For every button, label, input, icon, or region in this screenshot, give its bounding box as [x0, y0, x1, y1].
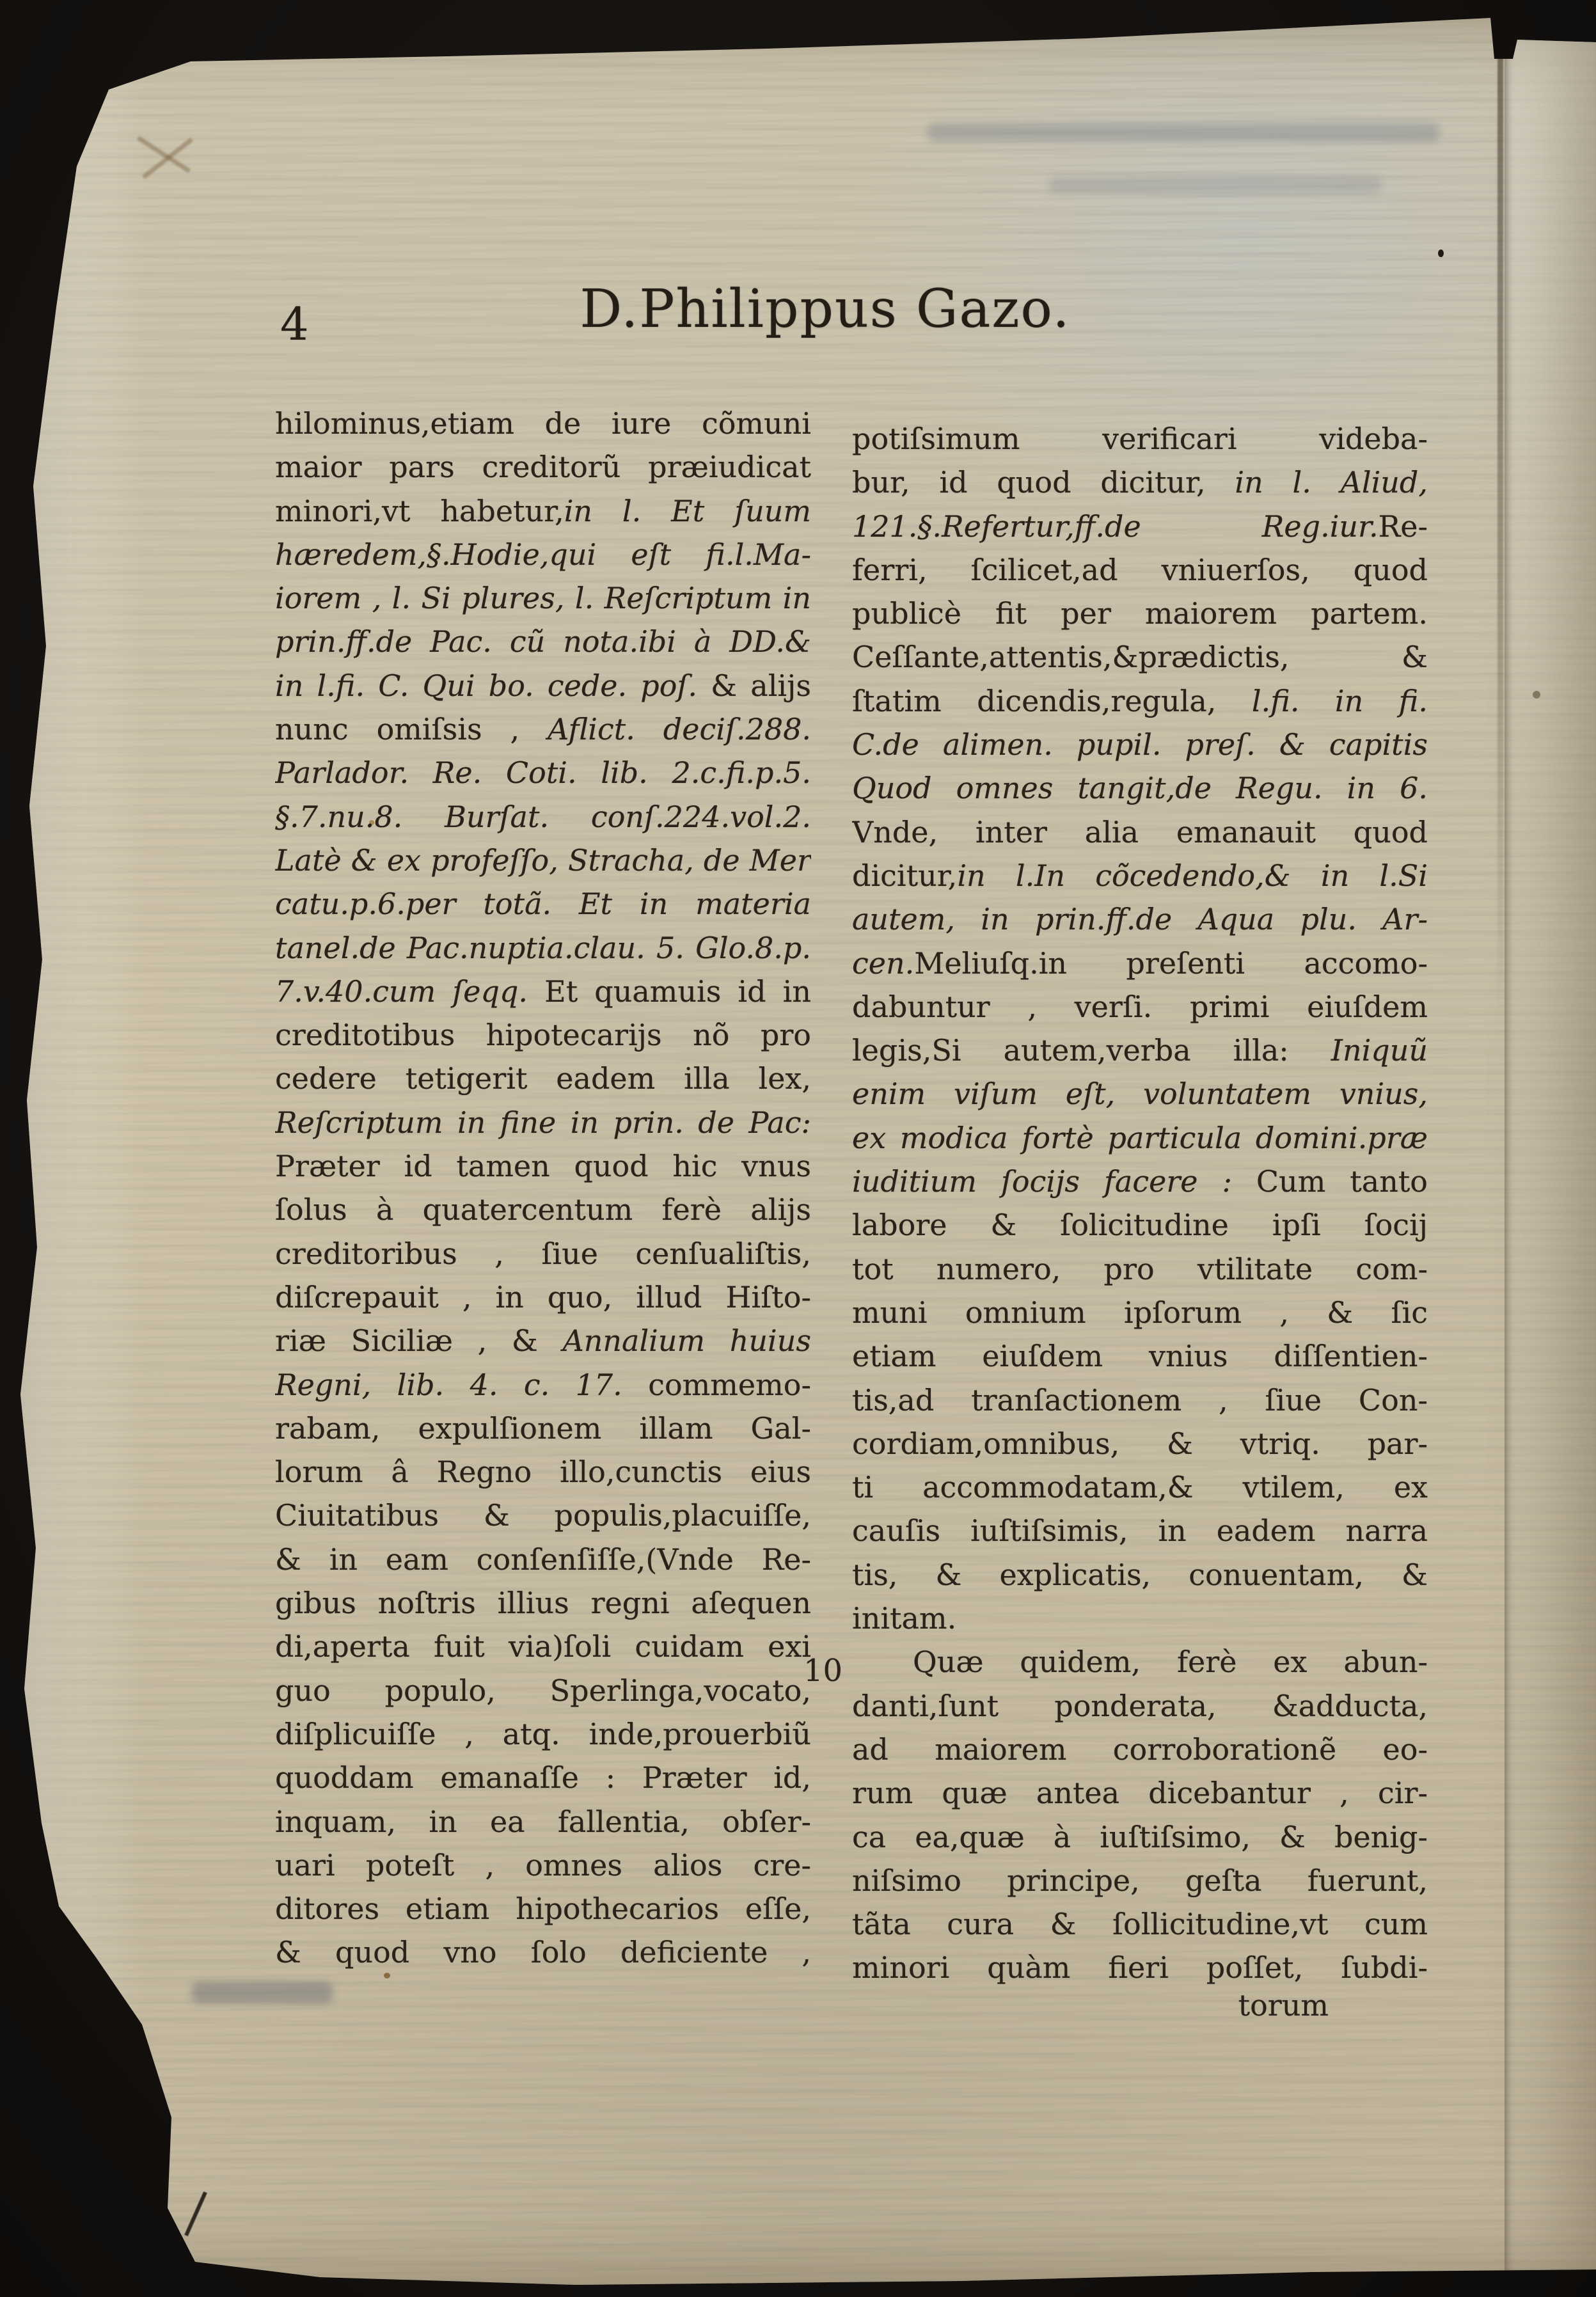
- body-text: rum quæ antea dicebantur , cir-: [852, 1776, 1428, 1810]
- text-line: initam.: [852, 1597, 1428, 1640]
- body-text: riæ Siciliæ , &: [275, 1323, 563, 1358]
- text-line: creditotibus hipotecarijs nõ pro: [275, 1013, 811, 1057]
- text-line: maior pars creditorũ præiudicat: [275, 445, 811, 489]
- citation-text: enim viſum eſt, voluntatem vnius,: [852, 1077, 1428, 1111]
- ink-scribble: [142, 138, 193, 179]
- body-text: creditotibus hipotecarijs nõ pro: [275, 1018, 811, 1052]
- citation-text: 121.§.Refertur,ff.de Reg.iur.: [852, 509, 1379, 544]
- text-line: iorem , l. Si plures, l. Reſcriptum in: [275, 576, 811, 620]
- citation-text: C.de alimen. pupil. preſ. & capitis: [852, 727, 1428, 762]
- text-line: Regni, lib. 4. c. 17. commemo-: [275, 1363, 811, 1407]
- body-text: Meliuſq.in preſenti accomo-: [914, 946, 1428, 981]
- text-line: & in eam conſenſiſſe,(Vnde Re-: [275, 1538, 811, 1581]
- body-text: Quæ quidem, ferè ex abun-: [913, 1645, 1428, 1679]
- text-line: ti accommodatam,& vtilem, ex: [852, 1465, 1428, 1509]
- body-text: tis,ad tranſactionem , ſiue Con-: [852, 1383, 1428, 1417]
- citation-text: iuditium ſocijs facere :: [852, 1164, 1256, 1199]
- scan-background: 4 D.Philippus Gazo. hilominus,etiam de i…: [0, 0, 1596, 2297]
- body-text: Præter id tamen quod hic vnus: [275, 1149, 811, 1183]
- text-line: tis, & explicatis, conuentam, &: [852, 1553, 1428, 1597]
- text-line: Præter id tamen quod hic vnus: [275, 1144, 811, 1188]
- citation-text: Iniquũ: [1331, 1033, 1428, 1068]
- text-line: ditores etiam hipothecarios eſſe,: [275, 1887, 811, 1930]
- text-line: & quod vno ſolo deficiente ,: [275, 1930, 811, 1974]
- citation-text: in l.fi. C. Qui bo. cede. poſ.: [275, 668, 697, 703]
- text-line: lorum â Regno illo,cunctis eius: [275, 1450, 811, 1494]
- citation-text: l.fi. in fi.: [1252, 684, 1428, 718]
- body-text: Et quamuis id in: [528, 974, 811, 1009]
- citation-text: autem, in prin.ff.de Aqua plu. Ar-: [852, 902, 1428, 936]
- text-line: Latè & ex profeſſo, Stracha, de Mer: [275, 839, 811, 882]
- text-line: hilominus,etiam de iure cõmuni: [275, 402, 811, 445]
- citation-text: 7.v.40.cum ſeqq.: [275, 974, 528, 1009]
- text-line: autem, in prin.ff.de Aqua plu. Ar-: [852, 897, 1428, 941]
- body-text: ſolus à quatercentum ferè alijs: [275, 1192, 811, 1227]
- ink-speck: [1533, 691, 1540, 699]
- text-line: labore & ſolicitudine ipſi ſocij: [852, 1203, 1428, 1247]
- text-line: ferri, ſcilicet,ad vniuerſos, quod: [852, 548, 1428, 592]
- text-line: cedere tetigerit eadem illa lex,: [275, 1057, 811, 1100]
- body-text: commemo-: [622, 1368, 811, 1402]
- ink-scribble: [137, 136, 191, 173]
- text-line: Parlador. Re. Coti. lib. 2.c.fi.p.5.: [275, 751, 811, 794]
- text-line: §.7.nu.8. Burſat. conſ.224.vol.2.: [275, 795, 811, 839]
- body-text: & in eam conſenſiſſe,(Vnde Re-: [275, 1542, 811, 1577]
- text-line: legis,Si autem,verba illa: Iniquũ: [852, 1029, 1428, 1072]
- body-text: Ciuitatibus & populis,placuiſſe,: [275, 1498, 811, 1533]
- text-line: tãta cura & ſollicitudine,vt cum: [852, 1902, 1428, 1946]
- body-text: potiſsimum verificari videba-: [852, 422, 1428, 456]
- text-line: ad maiorem corroborationẽ eo-: [852, 1728, 1428, 1771]
- body-text: & quod vno ſolo deficiente ,: [275, 1935, 811, 1969]
- body-text: tis, & explicatis, conuentam, &: [852, 1558, 1428, 1592]
- body-text: creditoribus , ſiue cenſualiſtis,: [275, 1236, 811, 1271]
- text-line: rum quæ antea dicebantur , cir-: [852, 1771, 1428, 1815]
- text-line: dicitur,in l.In cõcedendo,& in l.Si: [852, 854, 1428, 897]
- body-text: dabuntur , verſi. primi eiuſdem: [852, 990, 1428, 1024]
- citation-text: hæredem,§.Hodie,qui eſt fi.l.Ma-: [275, 537, 811, 572]
- text-line: tis,ad tranſactionem , ſiue Con-: [852, 1378, 1428, 1422]
- text-line: diſcrepauit , in quo, illud Hiſto-: [275, 1275, 811, 1319]
- citation-text: catu.p.6.per totã. Et in materia Fon-: [275, 887, 811, 926]
- text-line: catu.p.6.per totã. Et in materia Fon-: [275, 882, 811, 926]
- book-page: 4 D.Philippus Gazo. hilominus,etiam de i…: [0, 0, 1596, 2297]
- text-line: enim viſum eſt, voluntatem vnius,: [852, 1072, 1428, 1116]
- text-line: di,aperta fuit via)ſoli cuidam exi: [275, 1625, 811, 1668]
- text-line: cen.Meliuſq.in preſenti accomo-: [852, 942, 1428, 985]
- text-line: hæredem,§.Hodie,qui eſt fi.l.Ma-: [275, 533, 811, 576]
- body-text: gibus noſtris illius regni aſequen: [275, 1586, 811, 1620]
- paper-tear: [184, 2191, 207, 2236]
- text-line: minori quàm fieri poſſet, ſubdi-: [852, 1946, 1428, 1989]
- body-text: nunc omiſsis ,: [275, 712, 548, 746]
- body-text: bur, id quod dicitur,: [852, 465, 1235, 500]
- text-line: tot numero, pro vtilitate com-: [852, 1247, 1428, 1291]
- text-line: danti,ſunt ponderata, &adducta,: [852, 1684, 1428, 1728]
- citation-text: Quod omnes tangit,de Regu. in 6.: [852, 771, 1428, 805]
- citation-text: cen.: [852, 946, 914, 981]
- text-line: gibus noſtris illius regni aſequen: [275, 1581, 811, 1625]
- text-line: Ceſſante,attentis,&prædictis, &: [852, 635, 1428, 679]
- paragraph-number: 10: [803, 1653, 842, 1689]
- text-line: diſplicuiſſe , atq. inde,prouerbiũ: [275, 1712, 811, 1756]
- text-line: 7.v.40.cum ſeqq. Et quamuis id in: [275, 970, 811, 1013]
- text-line: niſsimo principe, geſta fuerunt,: [852, 1859, 1428, 1902]
- body-text: cauſis iuſtiſsimis, in eadem narra: [852, 1513, 1428, 1548]
- citation-text: Latè & ex profeſſo, Stracha, de Mer: [275, 843, 811, 878]
- body-text: muni omnium ipſorum , & ſic: [852, 1295, 1428, 1330]
- text-line: cauſis iuſtiſsimis, in eadem narra: [852, 1509, 1428, 1552]
- body-text: minori quàm fieri poſſet, ſubdi-: [852, 1950, 1428, 1985]
- body-text: dicitur,: [852, 858, 957, 893]
- showthrough-smudge: [192, 1982, 333, 2003]
- body-text: ferri, ſcilicet,ad vniuerſos, quod: [852, 553, 1428, 587]
- text-line: ca ea,quæ à iuſtiſsimo, & benig-: [852, 1815, 1428, 1859]
- citation-text: §.7.nu.8. Burſat. conſ.224.vol.2.: [275, 800, 811, 834]
- torn-edge-fibers: [0, 0, 147, 2297]
- body-text: diſplicuiſſe , atq. inde,prouerbiũ: [275, 1717, 811, 1751]
- body-text: publicè fit per maiorem partem.: [852, 596, 1428, 631]
- body-text: guo populo, Sperlinga,vocato,: [275, 1673, 811, 1708]
- text-line: cordiam,omnibus, & vtriq. par-: [852, 1422, 1428, 1465]
- text-line: tanel.de Pac.nuptia.clau. 5. Glo.8.p.: [275, 926, 811, 970]
- body-text: Re-: [1379, 509, 1428, 544]
- body-text: inquam, in ea fallentia, obſer-: [275, 1804, 811, 1839]
- text-line: in l.fi. C. Qui bo. cede. poſ. & alijs: [275, 664, 811, 707]
- body-text: maior pars creditorũ præiudicat: [275, 450, 811, 484]
- text-line: minori,vt habetur,in l. Et ſuum: [275, 489, 811, 533]
- body-text: di,aperta fuit via)ſoli cuidam exi: [275, 1629, 811, 1664]
- text-line: muni omnium ipſorum , & ſic: [852, 1291, 1428, 1334]
- citation-text: in l.In cõcedendo,& in l.Si: [957, 858, 1428, 893]
- citation-text: Regni, lib. 4. c. 17.: [275, 1368, 622, 1402]
- citation-text: Aflict. deciſ.288.: [548, 712, 811, 746]
- text-line: quoddam emanaſſe : Præter id,: [275, 1756, 811, 1799]
- body-text: tãta cura & ſollicitudine,vt cum: [852, 1907, 1428, 1941]
- body-text: legis,Si autem,verba illa:: [852, 1033, 1331, 1068]
- citation-text: in l. Et ſuum: [564, 494, 811, 528]
- citation-text: iorem , l. Si plures, l. Reſcriptum in: [275, 581, 811, 615]
- paper-crease: [1497, 18, 1503, 1016]
- adjacent-page-edge: [1505, 18, 1596, 2271]
- body-text: Vnde, inter alia emanauit quod: [852, 815, 1428, 849]
- citation-text: prin.ff.de Pac. cũ nota.ibi à DD.&: [275, 624, 811, 659]
- text-line: uari poteſt , omnes alios cre-: [275, 1843, 811, 1887]
- body-text: etiam eiuſdem vnius diſſentien-: [852, 1339, 1428, 1373]
- page-number: 4: [280, 298, 309, 351]
- body-text: niſsimo principe, geſta fuerunt,: [852, 1863, 1428, 1898]
- text-line: etiam eiuſdem vnius diſſentien-: [852, 1334, 1428, 1378]
- text-line: riæ Siciliæ , & Annalium huius: [275, 1319, 811, 1362]
- text-line: creditoribus , ſiue cenſualiſtis,: [275, 1232, 811, 1275]
- text-line: Ciuitatibus & populis,placuiſſe,: [275, 1494, 811, 1537]
- citation-text: Reſcriptum in fine in prin. de Pac:: [275, 1105, 811, 1140]
- text-line: publicè fit per maiorem partem.: [852, 592, 1428, 635]
- ink-speck: [1438, 249, 1444, 257]
- body-text: ca ea,quæ à iuſtiſsimo, & benig-: [852, 1820, 1428, 1854]
- body-text: & alijs: [697, 668, 811, 703]
- running-title: D.Philippus Gazo.: [397, 279, 1254, 340]
- citation-text: Parlador. Re. Coti. lib. 2.c.fi.p.5.: [275, 755, 811, 790]
- body-text: labore & ſolicitudine ipſi ſocij: [852, 1208, 1428, 1242]
- text-line: 121.§.Refertur,ff.de Reg.iur.Re-: [852, 505, 1428, 548]
- body-text: ad maiorem corroborationẽ eo-: [852, 1732, 1428, 1767]
- showthrough-smudge: [1049, 177, 1382, 193]
- body-text: initam.: [852, 1601, 956, 1636]
- text-line: potiſsimum verificari videba-: [852, 417, 1428, 461]
- body-text: danti,ſunt ponderata, &adducta,: [852, 1689, 1428, 1723]
- text-line: Reſcriptum in fine in prin. de Pac:: [275, 1101, 811, 1144]
- body-text: lorum â Regno illo,cunctis eius: [275, 1455, 811, 1489]
- text-line: bur, id quod dicitur, in l. Aliud,: [852, 461, 1428, 504]
- body-text: Cum tanto: [1256, 1164, 1428, 1199]
- text-line: ſolus à quatercentum ferè alijs: [275, 1188, 811, 1231]
- body-text: hilominus,etiam de iure cõmuni: [275, 406, 811, 441]
- text-line: ex modica fortè particula domini.præ: [852, 1116, 1428, 1160]
- catchword: torum: [852, 1988, 1428, 2023]
- text-line: Vnde, inter alia emanauit quod: [852, 810, 1428, 854]
- text-line: dabuntur , verſi. primi eiuſdem: [852, 985, 1428, 1029]
- body-text: Ceſſante,attentis,&prædictis, &: [852, 640, 1428, 674]
- body-text: ti accommodatam,& vtilem, ex: [852, 1470, 1428, 1504]
- body-text: ditores etiam hipothecarios eſſe,: [275, 1891, 811, 1926]
- body-text: diſcrepauit , in quo, illud Hiſto-: [275, 1280, 811, 1314]
- text-column-right: potiſsimum verificari videba-bur, id quo…: [852, 417, 1428, 1990]
- text-line: Quod omnes tangit,de Regu. in 6.: [852, 766, 1428, 810]
- text-line: Quæ quidem, ferè ex abun-: [852, 1640, 1428, 1684]
- text-column-left: hilominus,etiam de iure cõmunimaior pars…: [275, 402, 811, 1975]
- body-text: tot numero, pro vtilitate com-: [852, 1252, 1428, 1286]
- citation-text: tanel.de Pac.nuptia.clau. 5. Glo.8.p.: [275, 931, 811, 965]
- citation-text: ex modica fortè particula domini.præ: [852, 1121, 1428, 1155]
- body-text: minori,vt habetur,: [275, 494, 564, 528]
- text-line: guo populo, Sperlinga,vocato,: [275, 1669, 811, 1712]
- citation-text: in l. Aliud,: [1235, 465, 1428, 500]
- text-line: nunc omiſsis , Aflict. deciſ.288.: [275, 707, 811, 751]
- text-line: C.de alimen. pupil. preſ. & capitis: [852, 723, 1428, 766]
- text-line: inquam, in ea fallentia, obſer-: [275, 1800, 811, 1843]
- showthrough-smudge: [928, 123, 1439, 142]
- body-text: ſtatim dicendis,regula,: [852, 684, 1252, 718]
- body-text: quoddam emanaſſe : Præter id,: [275, 1760, 811, 1795]
- text-line: rabam, expulſionem illam Gal-: [275, 1407, 811, 1450]
- text-line: iuditium ſocijs facere : Cum tanto: [852, 1160, 1428, 1203]
- body-text: cordiam,omnibus, & vtriq. par-: [852, 1426, 1428, 1461]
- text-line: ſtatim dicendis,regula, l.fi. in fi.: [852, 679, 1428, 723]
- citation-text: Annalium huius: [563, 1323, 811, 1358]
- body-text: uari poteſt , omnes alios cre-: [275, 1848, 811, 1883]
- body-text: cedere tetigerit eadem illa lex,: [275, 1061, 811, 1096]
- text-line: prin.ff.de Pac. cũ nota.ibi à DD.&: [275, 620, 811, 663]
- body-text: rabam, expulſionem illam Gal-: [275, 1411, 811, 1446]
